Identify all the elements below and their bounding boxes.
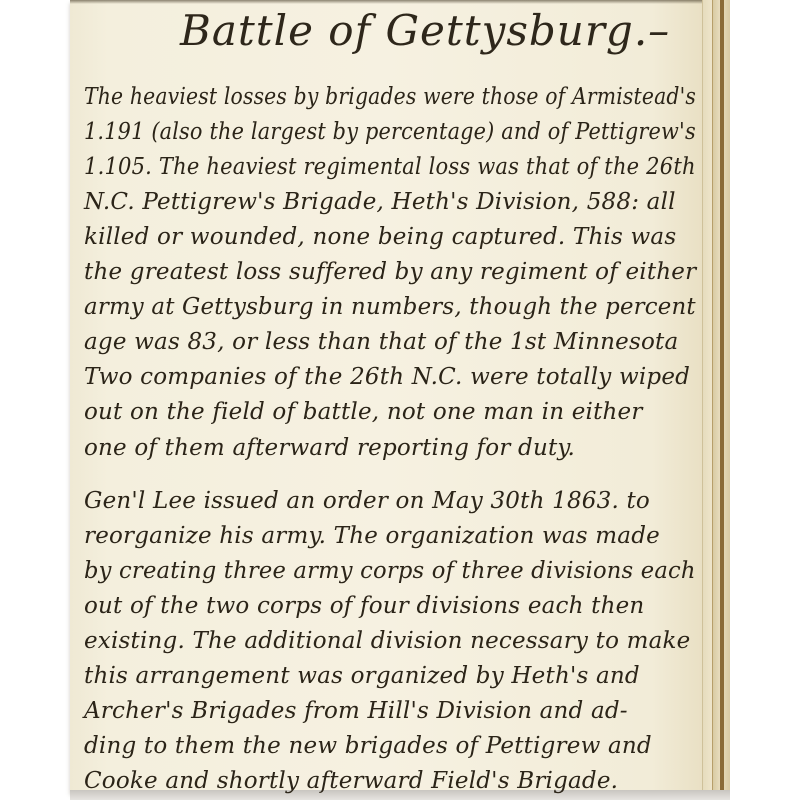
text-line: 1.191 (also the largest by percentage) a… <box>84 119 696 145</box>
text-line: out of the two corps of four divisions e… <box>84 593 644 619</box>
text-line: Cooke and shortly afterward Field's Brig… <box>84 768 618 794</box>
text-line: existing. The additional division necess… <box>84 628 691 654</box>
text-line: by creating three army corps of three di… <box>84 558 696 584</box>
text-line: The heaviest losses by brigades were tho… <box>84 84 696 110</box>
text-line: Archer's Brigades from Hill's Division a… <box>84 698 628 724</box>
page-edge <box>724 0 730 795</box>
page-title: Battle of Gettysburg.– <box>180 6 620 55</box>
text-line: killed or wounded, none being captured. … <box>84 224 676 250</box>
text-line: 1.105. The heaviest regimental loss was … <box>84 154 696 180</box>
scanned-page-viewer: Battle of Gettysburg.– The heaviest loss… <box>0 0 800 800</box>
text-line: this arrangement was organized by Heth's… <box>84 663 640 689</box>
text-line: Gen'l Lee issued an order on May 30th 18… <box>84 488 650 514</box>
text-line: ding to them the new brigades of Pettigr… <box>84 733 652 759</box>
text-line: the greatest loss suffered by any regime… <box>84 259 696 285</box>
text-line: one of them afterward reporting for duty… <box>84 435 575 461</box>
text-line: N.C. Pettigrew's Brigade, Heth's Divisio… <box>84 189 676 215</box>
text-line: Two companies of the 26th N.C. were tota… <box>84 364 690 390</box>
text-line: reorganize his army. The organization wa… <box>84 523 660 549</box>
text-line: out on the field of battle, not one man … <box>84 399 643 425</box>
text-line: age was 83, or less than that of the 1st… <box>84 329 678 355</box>
text-line: army at Gettysburg in numbers, though th… <box>84 294 696 320</box>
page-top-shadow <box>70 0 730 4</box>
